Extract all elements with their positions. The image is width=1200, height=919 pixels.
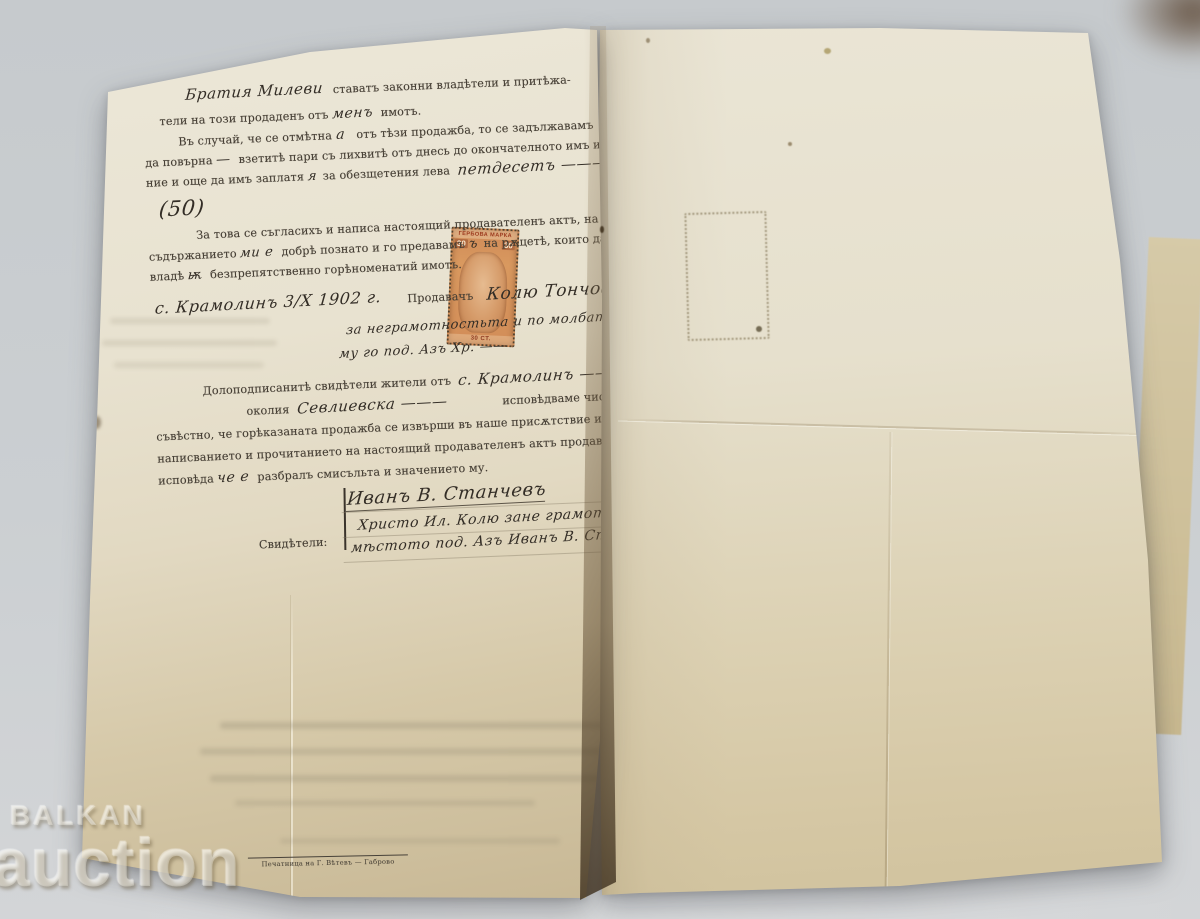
handwritten-text: му го под. Азъ Хр. —— [338, 338, 507, 362]
handwritten-text: ъ [468, 236, 479, 252]
witness-bracket [343, 488, 346, 550]
handwritten-text: (50) [158, 195, 206, 221]
printed-text: разбралъ смисъльта и значението му. [253, 461, 488, 484]
document-line: Братия Милеви ставатъ законни владѣтели … [185, 68, 571, 103]
paper-speck [788, 142, 792, 146]
handwritten-text: менъ [331, 104, 373, 122]
printed-text: Свидѣтели: [259, 536, 328, 552]
ink-dot [756, 326, 762, 332]
document-left-page: ГЕРБОВА МАРКА 30 30 30 СТ. Братия Милеви… [70, 20, 610, 910]
paper-stain [92, 416, 101, 429]
ink-showthrough [200, 748, 646, 755]
handwritten-text: ѭ [187, 267, 203, 283]
printed-text: ставатъ законни владѣтели и притѣжа- [329, 73, 571, 96]
printed-text: за обезщетения лева [319, 164, 454, 183]
printed-text: да повърна [145, 154, 217, 170]
handwritten-text: ми е [240, 244, 275, 261]
document-line: за неграмотностьта и по молбата [346, 307, 617, 337]
document-right-page [588, 18, 1200, 902]
vertical-fold-crease [885, 432, 892, 894]
ink-showthrough [235, 800, 535, 806]
handwritten-text: — [216, 151, 232, 168]
printed-text: Продавачъ [407, 290, 474, 306]
imprint-text: Печатница на Г. Вѣтевъ — Габрово [248, 857, 408, 868]
printed-text: ние и още да имъ заплатя [146, 170, 308, 190]
faded-stamp-imprint [684, 211, 769, 341]
handwritten-text: а [335, 127, 345, 144]
paper-speck [824, 48, 831, 54]
left-page-wrapper: ГЕРБОВА МАРКА 30 30 30 СТ. Братия Милеви… [70, 20, 610, 910]
document-line: му го под. Азъ Хр. —— [339, 335, 507, 361]
handwritten-text: я [307, 169, 318, 185]
document-line: (50) [159, 195, 205, 221]
document-line: Свидѣтели: [258, 531, 327, 553]
printed-text: безпрепятственно горѣноменатий имотъ. [206, 258, 462, 281]
printed-text: имотъ. [377, 104, 422, 119]
handwritten-text: че е [217, 469, 251, 487]
ink-showthrough [210, 775, 640, 782]
paper-speck [646, 38, 650, 43]
handwritten-text: Братия Милеви [185, 79, 324, 104]
printed-text: околия [246, 403, 293, 418]
ink-dot [600, 226, 604, 233]
ink-showthrough [280, 838, 560, 844]
printed-text: исповѣда [158, 472, 218, 487]
ink-showthrough [220, 722, 640, 729]
handwritten-text: с. Крамолинъ 3/X 1902 г. [154, 287, 382, 318]
document-text-block: Братия Милеви ставатъ законни владѣтели … [140, 67, 633, 646]
photo-of-document: ГЕРБОВА МАРКА 30 30 30 СТ. Братия Милеви… [0, 0, 1200, 919]
handwritten-text: за неграмотностьта и по молбата [345, 309, 617, 338]
printed-text: владѣ [150, 269, 189, 284]
horizontal-fold-crease [618, 418, 1156, 435]
printed-text: съдържанието [149, 247, 241, 264]
printer-imprint: Печатница на Г. Вѣтевъ — Габрово [248, 854, 408, 868]
right-page-wrapper [588, 18, 1200, 902]
